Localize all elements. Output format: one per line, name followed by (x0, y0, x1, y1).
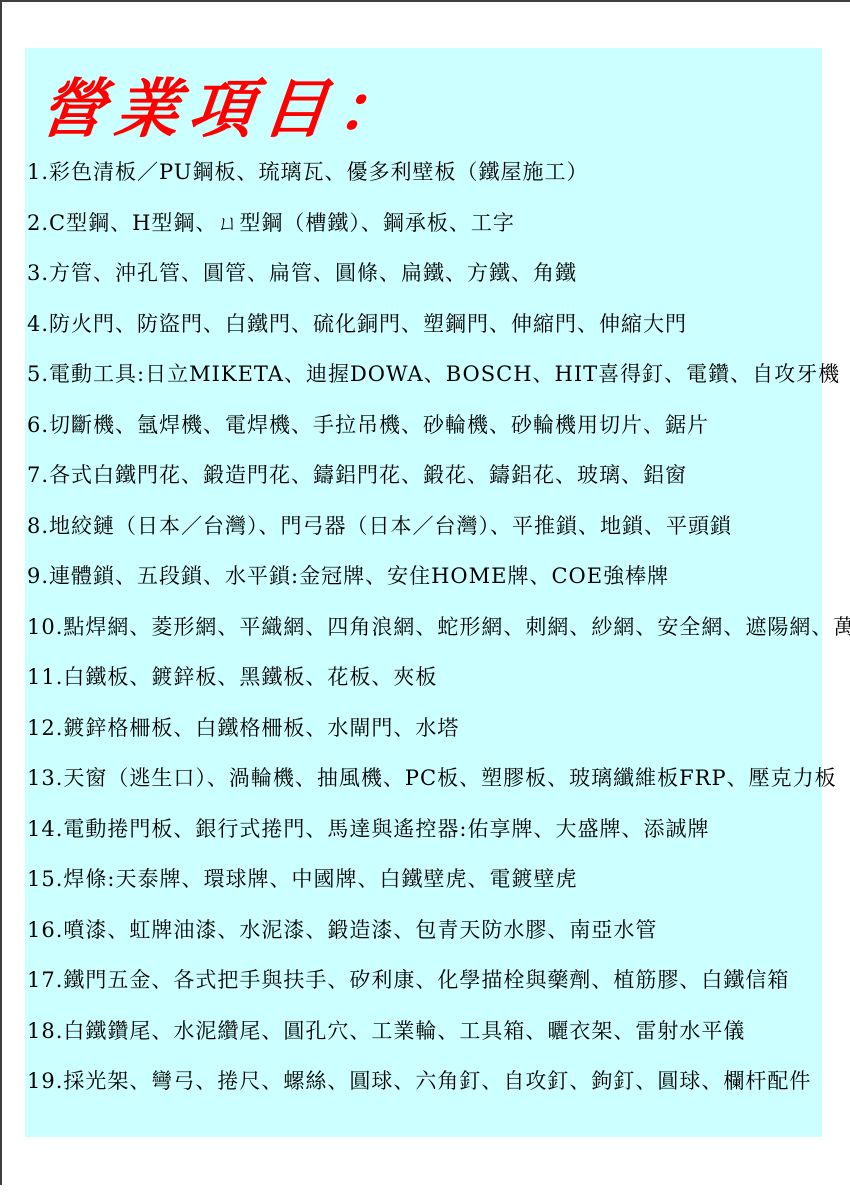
list-item: 9.連體鎖、五段鎖、水平鎖:金冠牌、安住HOME牌、COE強棒牌 (27, 550, 822, 601)
page: { "page": { "background": "#ffffff", "pa… (0, 0, 850, 1202)
list-item: 1.彩色清板／PU鋼板、琉璃瓦、優多利壁板（鐵屋施工） (27, 146, 822, 197)
content-panel: 營業項目： 1.彩色清板／PU鋼板、琉璃瓦、優多利壁板（鐵屋施工）2.C型鋼、H… (25, 48, 822, 1137)
list-item: 13.天窗（逃生口）、渦輪機、抽風機、PC板、塑膠板、玻璃纖維板FRP、壓克力板 (27, 752, 822, 803)
list-item: 15.焊條:天泰牌、環球牌、中國牌、白鐵壁虎、電鍍壁虎 (27, 853, 822, 904)
list-item: 14.電動捲門板、銀行式捲門、馬達與遙控器:佑享牌、大盛牌、添誠牌 (27, 803, 822, 854)
list-item: 7.各式白鐵門花、鍛造門花、鑄鋁門花、鍛花、鑄鋁花、玻璃、鋁窗 (27, 449, 822, 500)
page-title: 營業項目： (37, 58, 417, 150)
list-item: 18.白鐵鑽尾、水泥纘尾、圓孔穴、工業輪、工具箱、曬衣架、雷射水平儀 (27, 1005, 822, 1056)
list-item: 10.點焊網、菱形網、平織網、四角浪網、蛇形網、刺網、紗網、安全網、遮陽網、萬能… (27, 601, 822, 652)
list-item: 8.地絞鏈（日本／台灣）、門弓器（日本／台灣）、平推鎖、地鎖、平頭鎖 (27, 500, 822, 551)
list-item: 2.C型鋼、H型鋼、ㄩ型鋼（槽鐵）、鋼承板、工字 (27, 197, 822, 248)
list-item: 19.採光架、彎弓、捲尺、螺絲、圓球、六角釘、自攻釘、鉤釘、圓球、欄杆配件 (27, 1055, 822, 1106)
list-item: 6.切斷機、氬焊機、電焊機、手拉吊機、砂輪機、砂輪機用切片、鋸片 (27, 399, 822, 450)
list-item: 11.白鐵板、鍍鋅板、黑鐵板、花板、夾板 (27, 651, 822, 702)
window-border-top (0, 0, 850, 2)
list-item: 4.防火門、防盜門、白鐵門、硫化銅門、塑鋼門、伸縮門、伸縮大門 (27, 298, 822, 349)
list-item: 5.電動工具:日立MIKETA、迪握DOWA、BOSCH、HIT喜得釘、電鑽、自… (27, 348, 822, 399)
business-items-list: 1.彩色清板／PU鋼板、琉璃瓦、優多利壁板（鐵屋施工）2.C型鋼、H型鋼、ㄩ型鋼… (27, 146, 822, 1106)
list-item: 12.鍍鋅格柵板、白鐵格柵板、水閘門、水塔 (27, 702, 822, 753)
list-item: 16.噴漆、虹牌油漆、水泥漆、鍛造漆、包青天防水膠、南亞水管 (27, 904, 822, 955)
list-item: 3.方管、沖孔管、圓管、扁管、圓條、扁鐵、方鐵、角鐵 (27, 247, 822, 298)
window-border-left (0, 0, 2, 1185)
list-item: 17.鐵門五金、各式把手與扶手、矽利康、化學描栓與藥劑、植筋膠、白鐵信箱 (27, 954, 822, 1005)
